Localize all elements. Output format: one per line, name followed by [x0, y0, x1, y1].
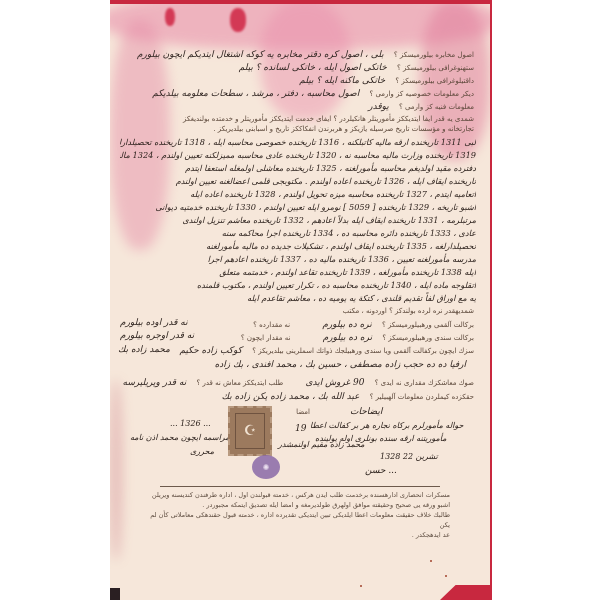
field-label: حقكزده كيملردن معلومات آلهبيلير ؟	[370, 393, 474, 401]
instruction-line: تجارتخانه و مؤسسات تاريخ صرسيله يازيكز و…	[213, 125, 474, 133]
handwritten-line: اشبو تاريخه ، 1329 تاريخنده [ 5059 ] نوم…	[120, 201, 476, 213]
instruction-text: شمدى يه قدر ايفا ايتديككز مأموريتلر هانك…	[183, 115, 474, 123]
field-label: بركالت سندى ورهبيلورميسكز ؟	[382, 334, 474, 342]
left-line: مراسمه ايچون محمد اذن نامه	[130, 433, 230, 442]
crescent-star-icon: ☪	[244, 423, 257, 439]
handwritten-line: لبى 1311 تاريخنده ارقه ماليه كاتبلكنه ، …	[120, 136, 476, 148]
form-field: ديكر معلومات خصوصيه كز وارمى ؟ اصول محاس…	[152, 89, 474, 99]
seal-icon: ✺	[263, 463, 270, 472]
purple-seal: ✺	[252, 455, 280, 479]
side-answer: محمد زاده بك	[118, 345, 170, 355]
language-intro: شمديهقدر نره لرده بولندكز ؟ اوردونه ، مك…	[343, 307, 474, 315]
salary-field: صوك معاشكزك مقدارى نه ايدى ؟ 90 غروش ايد…	[123, 378, 475, 388]
field-answer: عبد الله بك ، محمد زاده يكن زاده بك	[222, 392, 360, 402]
top-red-edge	[110, 0, 490, 4]
footer-notes: مسكرات انحصارى ادارهسنده برخدمت طلب ايدن…	[150, 490, 450, 540]
instruction-line: شمدى يه قدر ايفا ايتديككز مأموريتلر هانك…	[183, 115, 474, 123]
field-label: داقتيلوغرافى بيلورميسكز ؟	[395, 77, 474, 85]
heading-text: امضا	[296, 408, 310, 416]
field-label: صوك معاشكزك مقدارى نه ايدى ؟	[375, 379, 474, 387]
side-answer: نه قدر اوده بيلورم	[120, 318, 188, 328]
field-label: ديكر معلومات خصوصيه كز وارمى ؟	[370, 90, 474, 98]
document-page: اصول مخابره بيلورميسكز ؟ بلى ، اصول كره …	[110, 0, 490, 600]
ink-stain	[165, 8, 175, 26]
corner-shadow	[110, 588, 120, 600]
ink-stain	[230, 8, 246, 32]
form-field: ارفيا ده ده حجب زاده مصطفى ، حسين بك ، م…	[215, 360, 474, 370]
handwritten-line: يه مع اوراق لفاً تقديم قلندى ، كتكة يه ي…	[120, 292, 476, 304]
field-label: سزك ايچون بركفالت آلقمى ويا سندى ورهبيلج…	[252, 347, 474, 355]
form-field: بركالت سندى ورهبيلورميسكز ؟ نره ده بيلور…	[241, 333, 474, 343]
form-field: داقتيلوغرافى بيلورميسكز ؟ خاتكى ماكنه اي…	[299, 76, 474, 86]
field-answer: خاتكى ماكنه ايله ؟ بيلم	[299, 76, 385, 86]
footer-line: مسكرات انحصارى ادارهسنده برخدمت طلب ايدن…	[150, 490, 450, 500]
field-answer: يوقدر	[368, 102, 389, 112]
field-answer: خاتكى اصول ايله ، خاتكى لسانده ؟ بيلم	[239, 63, 387, 73]
side-label: نه مقدار ايچون ؟	[241, 334, 291, 342]
handwritten-line: عادى ، 1333 تاريخنده دائره محاسبه ده ، 1…	[120, 227, 476, 239]
ink-stain	[110, 380, 122, 560]
intro-text: شمديهقدر نره لرده بولندكز ؟ اوردونه ، مك…	[343, 307, 474, 315]
paper-speck	[445, 575, 447, 577]
signature-line: حواله مأمورلرم بركاه نجاره هر بر كفالت ا…	[310, 421, 463, 430]
handwritten-line: مرتبلرمه ، 1331 تاريخنده ايقاف ايله بدلا…	[120, 214, 476, 226]
handwritten-line: اتعاميه ايتدم ، 1327 تاريخنده محاسبه ميز…	[120, 188, 476, 200]
handwritten-line: اتقلوجه ماده ايله ، 1340 تاريخنده محاسبه…	[120, 279, 476, 291]
paper-speck	[360, 585, 362, 587]
revenue-stamp: ☪	[228, 406, 272, 456]
handwritten-line: ايله 1338 تاريخنده مأمورلغه ، 1339 تاريخ…	[120, 266, 476, 278]
handwritten-line: 1319 تاريخنده وزارت ماليه محاسبه نه ، 13…	[120, 149, 476, 161]
handwritten-line: تاريخنده ايقاف ايله ، 1326 تاريخنده اعاد…	[120, 175, 476, 187]
date-left: 19	[295, 424, 306, 434]
side-label: نه مقدارده ؟	[253, 321, 290, 329]
form-field: بركالت آلقمى ورهبيلورميسكز ؟ نره ده بيلو…	[253, 320, 474, 330]
signature-heading: امضا	[296, 408, 310, 416]
signature: حسن ...	[365, 466, 397, 476]
side-label: طلب ايتديككز معاش نه قدر ؟	[197, 379, 284, 387]
field-answer: كوكب زاده حكيم	[179, 346, 242, 356]
field-label: ستهنوغرافى بيلورميسكز ؟	[397, 64, 474, 72]
field-answer: نره ده بيلورم	[322, 320, 371, 330]
side-answer: نه قدر ويريليرسه	[123, 378, 187, 388]
field-answer: اصول محاسبه ، دفتر ، مرشد ، سطحات معلومه…	[152, 89, 359, 99]
instruction-text: تجارتخانه و مؤسسات تاريخ صرسيله يازيكز و…	[213, 125, 474, 133]
field-answer: 90 غروش ايدى	[305, 378, 364, 388]
field-label: اصول مخابره بيلورميسكز ؟	[394, 51, 474, 59]
salary-field: حقكزده كيملردن معلومات آلهبيلير ؟ عبد ال…	[222, 392, 474, 402]
left-line: محررى	[190, 447, 214, 456]
ink-stain	[260, 0, 350, 120]
footer-line: اشبو ورقه يى صحيح وحقيقته موافق اولهرق ط…	[150, 500, 450, 510]
form-field: اصول مخابره بيلورميسكز ؟ بلى ، اصول كره …	[137, 50, 474, 60]
form-field: معلومات فنيه كز وارمى ؟ يوقدر	[368, 102, 474, 112]
field-answer: نره ده بيلورم	[323, 333, 372, 343]
field-answer: ارفيا ده ده حجب زاده مصطفى ، حسين بك ، م…	[215, 360, 466, 370]
paper-speck	[430, 560, 432, 562]
handwritten-line: دفترده مقيد اولديغم محاسبه مأمورلغنه ، 1…	[120, 162, 476, 174]
form-field: سزك ايچون بركفالت آلقمى ويا سندى ورهبيلج…	[179, 346, 474, 356]
field-label: بركالت آلقمى ورهبيلورميسكز ؟	[382, 321, 474, 329]
note-label: ايضاحات	[350, 407, 382, 417]
side-answer: نه قدر اوجره بيلورم	[120, 331, 194, 341]
handwritten-line: تحصيلدارلغه ، 1335 تاريخنده ايقاف اولندم…	[120, 240, 476, 252]
witness-line: محمد زاده مقيم اولنمشدر	[278, 440, 365, 449]
handwritten-line: مدرسه مأمورلغنه تعيين ، 1336 تاريخنده ما…	[120, 253, 476, 265]
field-answer: بلى ، اصول كره دقتر مخابره يه كوكه اشتغا…	[137, 50, 384, 60]
field-label: معلومات فنيه كز وارمى ؟	[399, 103, 474, 111]
footer-line: عد ايدهجكدر .	[150, 530, 450, 540]
footer-line: طالبك خلاف حقيقت معلومات اعطا ايلديكى تب…	[150, 510, 450, 530]
left-line: ... 1326 ...	[170, 419, 211, 428]
footer-divider	[160, 486, 440, 487]
form-field: ستهنوغرافى بيلورميسكز ؟ خاتكى اصول ايله …	[239, 63, 474, 73]
signature-date: 1328 تشرين 22	[380, 452, 438, 461]
